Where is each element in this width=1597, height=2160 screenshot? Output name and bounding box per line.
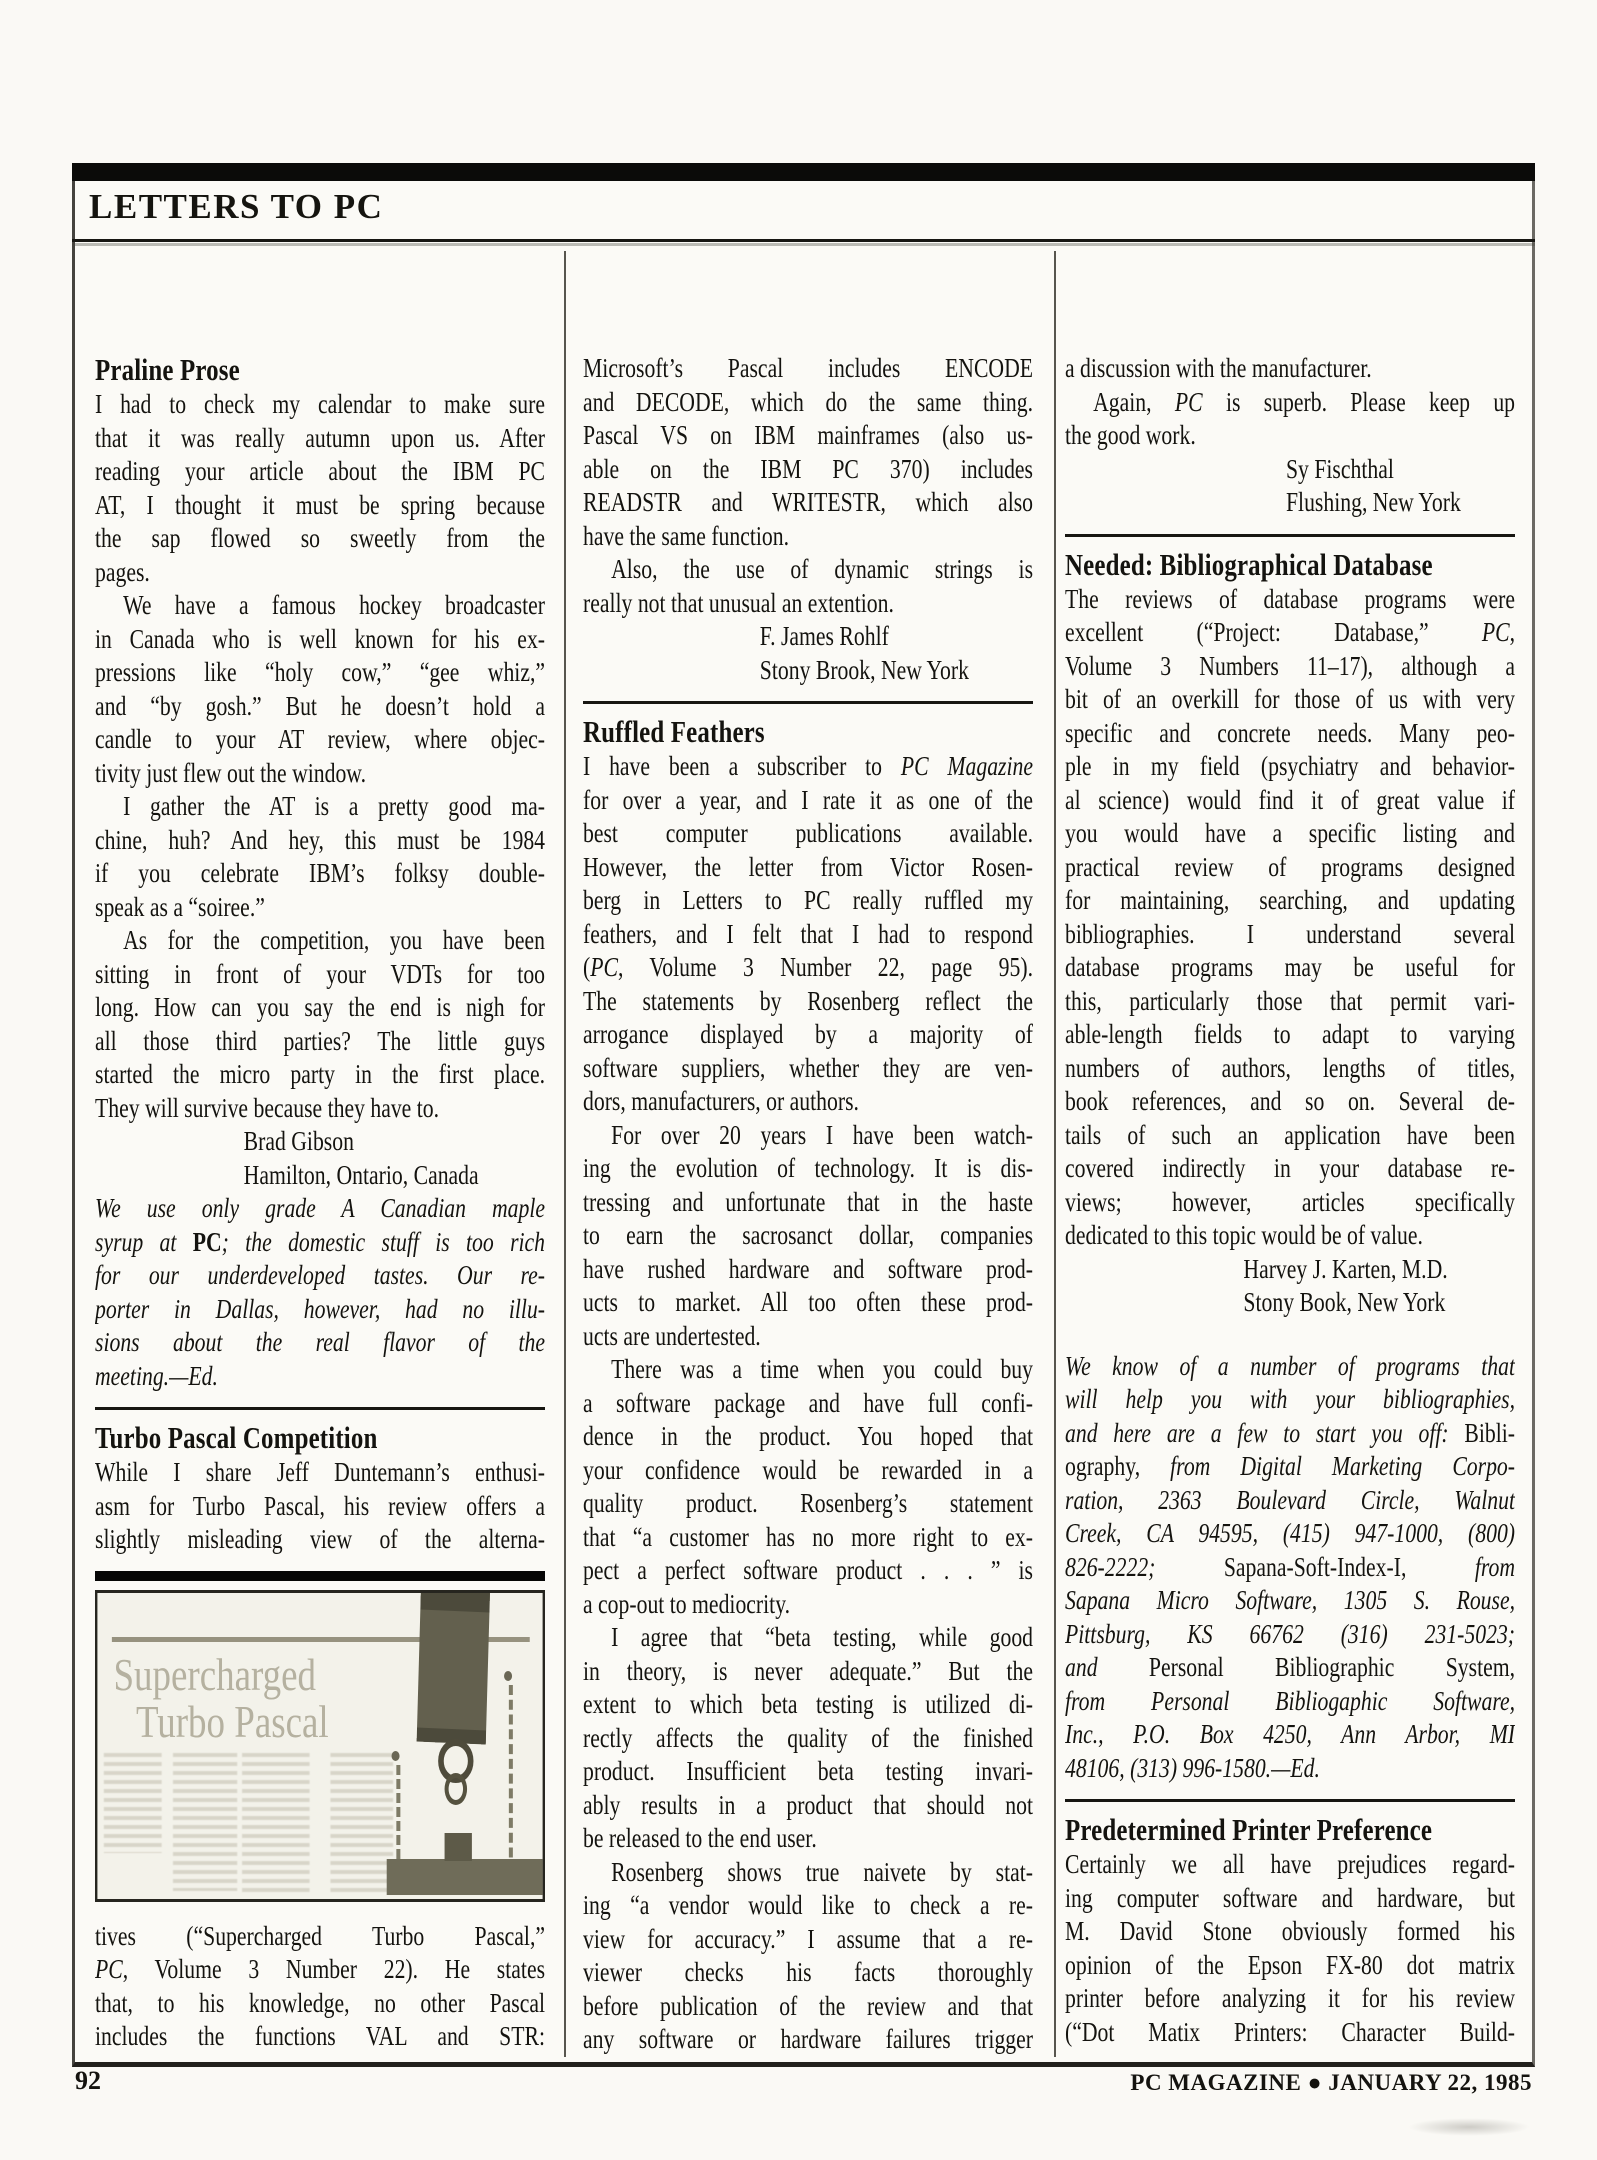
text-segment: Bibli- <box>1464 1418 1515 1448</box>
text-line: ing the evolution of technology. It is d… <box>583 1152 1033 1186</box>
text-line: We know of a number of programs that <box>1065 1350 1515 1384</box>
text-line: long. How can you say the end is nigh fo… <box>95 991 545 1025</box>
letter-heading-bibliographical-database: Needed: Bibliographical Database <box>1065 547 1515 583</box>
letter-heading-praline-prose: Praline Prose <box>95 352 545 388</box>
text-line: from Personal Bibliogaphic Software, <box>1065 1685 1515 1719</box>
text-segment: from <box>1475 1552 1515 1582</box>
text-line: berg in Letters to PC really ruffled my <box>583 884 1033 918</box>
text-line: numbers of authors, lengths of titles, <box>1065 1052 1515 1086</box>
text-line: tails of such an application have been <box>1065 1119 1515 1153</box>
text-line: tives (“Supercharged Turbo Pascal,” <box>95 1920 545 1954</box>
text-line: to earn the sacrosanct dollar, companies <box>583 1219 1033 1253</box>
section-rule <box>583 701 1033 704</box>
page-title: LETTERS TO PC <box>89 187 383 227</box>
text-line: have rushed hardware and software prod- <box>583 1253 1033 1287</box>
text-line: rectly affects the quality of the finish… <box>583 1722 1033 1756</box>
text-segment: , <box>1510 617 1515 647</box>
text-line: opinion of the Epson FX-80 dot matrix <box>1065 1949 1515 1983</box>
figure-text-column-blob <box>242 1753 310 1893</box>
text-line: pages. <box>95 556 545 590</box>
text-line: that, to his knowledge, no other Pascal <box>95 1987 545 2021</box>
text-line: views; however, articles specifically <box>1065 1186 1515 1220</box>
text-line: software suppliers, whether they are ven… <box>583 1052 1033 1086</box>
text-segment: ( <box>583 952 590 982</box>
text-line: dedicated to this topic would be of valu… <box>1065 1219 1515 1253</box>
signature-line: Sy Fischthal <box>1065 453 1515 487</box>
section-rule <box>1065 534 1515 537</box>
text-line: ration, 2363 Boulevard Circle, Walnut <box>1065 1484 1515 1518</box>
column-2-text: Microsoft’s Pascal includes ENCODEand DE… <box>583 352 1033 2057</box>
figure-title: SuperchargedTurbo Pascal <box>113 1651 328 1745</box>
text-line: quality product. Rosenberg’s statement <box>583 1487 1033 1521</box>
text-line: Pittsburg, KS 66762 (316) 231-5023; <box>1065 1618 1515 1652</box>
magazine-page-scan: { "header": { "title": "LETTERS TO PC" }… <box>0 0 1597 2160</box>
text-line: I had to check my calendar to make sure <box>95 388 545 422</box>
section-rule <box>95 1407 545 1410</box>
column-2: Microsoft’s Pascal includes ENCODEand DE… <box>583 352 1033 2058</box>
signature-line: F. James Rohlf <box>583 620 1033 654</box>
column-divider-right <box>1054 251 1056 2057</box>
figure-text-column-blob <box>104 1753 162 1853</box>
text-line: Sapana Micro Software, 1305 S. Rouse, <box>1065 1584 1515 1618</box>
text-line: asm for Turbo Pascal, his review offers … <box>95 1490 545 1524</box>
column-3-text: a discussion with the manufacturer.Again… <box>1065 352 1515 2049</box>
text-line: viewer checks his facts thoroughly <box>583 1956 1033 1990</box>
text-segment: is superb. Please keep up <box>1203 387 1515 417</box>
text-line: for over a year, and I rate it as one of… <box>583 784 1033 818</box>
text-line: AT, I thought it must be spring because <box>95 489 545 523</box>
text-line: ucts to market. All too often these prod… <box>583 1286 1033 1320</box>
text-line: ography, from Digital Marketing Corpo- <box>1065 1450 1515 1484</box>
text-line: in theory, is never adequate.” But the <box>583 1655 1033 1689</box>
text-line: if you celebrate IBM’s folksy double- <box>95 857 545 891</box>
text-line: all those third parties? The little guys <box>95 1025 545 1059</box>
text-line: syrup at PC; the domestic stuff is too r… <box>95 1226 545 1260</box>
text-segment: PC Magazine <box>901 751 1033 781</box>
masthead-top-bar <box>72 163 1535 181</box>
figure-text-column-blob <box>330 1753 393 1893</box>
text-line: your confidence would be rewarded in a <box>583 1454 1033 1488</box>
text-line: (PC, Volume 3 Number 22, page 95). <box>583 951 1033 985</box>
pole-knob <box>392 1751 400 1761</box>
text-line: ple in my field (psychiatry and behavior… <box>1065 750 1515 784</box>
signature-line: Flushing, New York <box>1065 486 1515 520</box>
text-segment: Sapana-Soft-Index-I, <box>1224 1552 1475 1582</box>
text-line: pect a perfect software product . . . ” … <box>583 1554 1033 1588</box>
page-number: 92 <box>75 2066 101 2096</box>
text-segment: PC <box>1175 387 1203 417</box>
scan-smudge <box>1408 2118 1530 2136</box>
text-line: ing “a vendor would like to check a re- <box>583 1889 1033 1923</box>
letter-heading-ruffled-feathers: Ruffled Feathers <box>583 714 1033 750</box>
text-line: tivity just flew out the window. <box>95 757 545 791</box>
pole-knob <box>504 1671 512 1681</box>
signature-line: Hamilton, Ontario, Canada <box>95 1159 545 1193</box>
text-line: ing computer software and hardware, but <box>1065 1882 1515 1916</box>
text-line: I have been a subscriber to PC Magazine <box>583 750 1033 784</box>
crane-hook-ring <box>445 1773 468 1805</box>
text-line: a software package and have full confi- <box>583 1387 1033 1421</box>
text-line: really not that unusual an extention. <box>583 587 1033 621</box>
spacer <box>1065 1320 1515 1350</box>
text-line: in Canada who is well known for his ex- <box>95 623 545 657</box>
figure-title-line2: Turbo Pascal <box>113 1698 328 1745</box>
column-1: Praline ProseI had to check my calendar … <box>95 352 545 2058</box>
text-line: be released to the end user. <box>583 1822 1033 1856</box>
text-line: covered indirectly in your database re- <box>1065 1152 1515 1186</box>
figure-top-bar <box>95 1571 545 1581</box>
text-line: dence in the product. You hoped that <box>583 1420 1033 1454</box>
text-line: book references, and so on. Several de- <box>1065 1085 1515 1119</box>
text-line: I agree that “beta testing, while good <box>583 1621 1033 1655</box>
text-segment: Personal Bibliographic System, <box>1149 1652 1515 1682</box>
text-segment: PC <box>1482 617 1510 647</box>
signature-line: Stony Brook, New York <box>583 654 1033 688</box>
text-line: We have a famous hockey broadcaster <box>95 589 545 623</box>
text-line: Creek, CA 94595, (415) 947-1000, (800) <box>1065 1517 1515 1551</box>
text-line: For over 20 years I have been watch- <box>583 1119 1033 1153</box>
column-divider-left <box>564 251 566 2057</box>
text-line: PC, Volume 3 Number 22). He states <box>95 1953 545 1987</box>
column-1-bottom-text: tives (“Supercharged Turbo Pascal,”PC, V… <box>95 1920 545 2054</box>
text-line: Volume 3 Numbers 11–17), although a <box>1065 650 1515 684</box>
text-line: and here are a few to start you off: Bib… <box>1065 1417 1515 1451</box>
text-line: As for the competition, you have been <box>95 924 545 958</box>
text-line: READSTR and WRITESTR, which also <box>583 486 1033 520</box>
text-line: Inc., P.O. Box 4250, Ann Arbor, MI <box>1065 1718 1515 1752</box>
text-line: pressions like “holy cow,” “gee whiz,” <box>95 656 545 690</box>
crane-strap <box>417 1590 490 1744</box>
text-line: and Personal Bibliographic System, <box>1065 1651 1515 1685</box>
signature-line: Stony Book, New York <box>1065 1286 1515 1320</box>
text-line: Certainly we all have prejudices regard- <box>1065 1848 1515 1882</box>
dashed-pole-right <box>509 1685 513 1887</box>
figure-text-column-blob <box>173 1753 237 1891</box>
text-segment: PC <box>590 952 618 982</box>
text-line: started the micro party in the first pla… <box>95 1058 545 1092</box>
text-segment: , Volume 3 Number 22, page 95). <box>618 952 1033 982</box>
text-line: any software or hardware failures trigge… <box>583 2023 1033 2057</box>
text-line: speak as a “soiree.” <box>95 891 545 925</box>
text-line: and DECODE, which do the same thing. <box>583 386 1033 420</box>
figure-base-block <box>445 1833 472 1861</box>
text-line: dors, manufacturers, or authors. <box>583 1085 1033 1119</box>
masthead-rule <box>72 239 1535 242</box>
text-line: arrogance displayed by a majority of <box>583 1018 1033 1052</box>
letter-heading-turbo-pascal-competition: Turbo Pascal Competition <box>95 1420 545 1456</box>
text-line: practical review of programs designed <box>1065 851 1515 885</box>
text-line: Again, PC is superb. Please keep up <box>1065 386 1515 420</box>
text-segment: syrup at <box>95 1227 193 1257</box>
text-line: However, the letter from Victor Rosen- <box>583 851 1033 885</box>
text-line: tressing and unfortunate that in the has… <box>583 1186 1033 1220</box>
text-line: ucts are undertested. <box>583 1320 1033 1354</box>
text-segment: from Digital Marketing Corpo- <box>1170 1451 1515 1481</box>
text-segment: excellent (“Project: Database,” <box>1065 617 1482 647</box>
text-line: sions about the real flavor of the <box>95 1326 545 1360</box>
text-line: this, particularly those that permit var… <box>1065 985 1515 1019</box>
text-line: and “by gosh.” But he doesn’t hold a <box>95 690 545 724</box>
section-rule <box>1065 1799 1515 1802</box>
text-line: al science) would find it of great value… <box>1065 784 1515 818</box>
text-segment: PC <box>95 1954 123 1984</box>
text-line: They will survive because they have to. <box>95 1092 545 1126</box>
text-line: you would have a specific listing and <box>1065 817 1515 851</box>
text-line: While I share Jeff Duntemann’s enthusi- <box>95 1456 545 1490</box>
text-line: that “a customer has no more right to ex… <box>583 1521 1033 1555</box>
magazine-footer: PC MAGAZINE ● JANUARY 22, 1985 <box>1130 2070 1532 2096</box>
text-line: that it was really autumn upon us. After <box>95 422 545 456</box>
text-segment: and here are a few to start you off: <box>1065 1418 1464 1448</box>
text-line: Rosenberg shows true naivete by stat- <box>583 1856 1033 1890</box>
text-line: M. David Stone obviously formed his <box>1065 1915 1515 1949</box>
text-line: sitting in front of your VDTs for too <box>95 958 545 992</box>
column-3: a discussion with the manufacturer.Again… <box>1065 352 1515 2058</box>
text-line: a cop-out to mediocrity. <box>583 1588 1033 1622</box>
text-line: candle to your AT review, where objec- <box>95 723 545 757</box>
text-line: The reviews of database programs were <box>1065 583 1515 617</box>
figure-title-line1: Supercharged <box>113 1649 316 1700</box>
text-line: 826-2222; Sapana-Soft-Index-I, from <box>1065 1551 1515 1585</box>
text-line: specific and concrete needs. Many peo- <box>1065 717 1515 751</box>
text-segment: Again, <box>1093 387 1175 417</box>
text-line: porter in Dallas, however, had no illu- <box>95 1293 545 1327</box>
text-line: will help you with your bibliographies, <box>1065 1383 1515 1417</box>
column-1-top-text: Praline ProseI had to check my calendar … <box>95 352 545 1557</box>
turbo-pascal-figure: SuperchargedTurbo Pascal <box>95 1590 545 1902</box>
text-line: ably results in a product that should no… <box>583 1789 1033 1823</box>
figure-base-plate <box>387 1859 545 1895</box>
text-segment: , Volume 3 Number 22). He states <box>123 1954 545 1984</box>
text-line: database programs may be useful for <box>1065 951 1515 985</box>
text-line: chine, huh? And hey, this must be 1984 <box>95 824 545 858</box>
text-line: feathers, and I felt that I had to respo… <box>583 918 1033 952</box>
text-line: meeting.—Ed. <box>95 1360 545 1394</box>
text-segment: ; the domestic stuff is too rich <box>222 1227 545 1257</box>
text-line: excellent (“Project: Database,” PC, <box>1065 616 1515 650</box>
text-line: have the same function. <box>583 520 1033 554</box>
text-line: We use only grade A Canadian maple <box>95 1192 545 1226</box>
text-line: bibliographies. I understand several <box>1065 918 1515 952</box>
text-segment: 826-2222; <box>1065 1552 1224 1582</box>
text-line: extent to which beta testing is utilized… <box>583 1688 1033 1722</box>
text-segment: and <box>1065 1652 1149 1682</box>
text-segment: ography, <box>1065 1451 1170 1481</box>
text-line: slightly misleading view of the alterna- <box>95 1523 545 1557</box>
text-line: (“Dot Matix Printers: Character Build- <box>1065 2016 1515 2050</box>
text-line: The statements by Rosenberg reflect the <box>583 985 1033 1019</box>
text-line: bit of an overkill for those of us with … <box>1065 683 1515 717</box>
text-line: the sap flowed so sweetly from the <box>95 522 545 556</box>
text-line: able-length fields to adapt to varying <box>1065 1018 1515 1052</box>
text-line: Also, the use of dynamic strings is <box>583 553 1033 587</box>
text-line: I gather the AT is a pretty good ma- <box>95 790 545 824</box>
text-line: reading your article about the IBM PC <box>95 455 545 489</box>
text-line: best computer publications available. <box>583 817 1033 851</box>
text-line: able on the IBM PC 370) includes <box>583 453 1033 487</box>
text-line: product. Insufficient beta testing invar… <box>583 1755 1033 1789</box>
letter-heading-printer-preference: Predetermined Printer Preference <box>1065 1812 1515 1848</box>
text-line: the good work. <box>1065 419 1515 453</box>
text-segment: I have been a subscriber to <box>583 751 901 781</box>
text-line: Microsoft’s Pascal includes ENCODE <box>583 352 1033 386</box>
text-line: There was a time when you could buy <box>583 1353 1033 1387</box>
text-line: Pascal VS on IBM mainframes (also us- <box>583 419 1033 453</box>
text-line: printer before analyzing it for his revi… <box>1065 1982 1515 2016</box>
text-line: before publication of the review and tha… <box>583 1990 1033 2024</box>
text-line: includes the functions VAL and STR: <box>95 2020 545 2054</box>
text-line: 48106, (313) 996-1580.—Ed. <box>1065 1752 1515 1786</box>
text-line: for our underdeveloped tastes. Our re- <box>95 1259 545 1293</box>
signature-line: Harvey J. Karten, M.D. <box>1065 1253 1515 1287</box>
signature-line: Brad Gibson <box>95 1125 545 1159</box>
text-line: for maintaining, searching, and updating <box>1065 884 1515 918</box>
text-line: view for accuracy.” I assume that a re- <box>583 1923 1033 1957</box>
text-line: a discussion with the manufacturer. <box>1065 352 1515 386</box>
text-segment: PC <box>193 1227 222 1257</box>
